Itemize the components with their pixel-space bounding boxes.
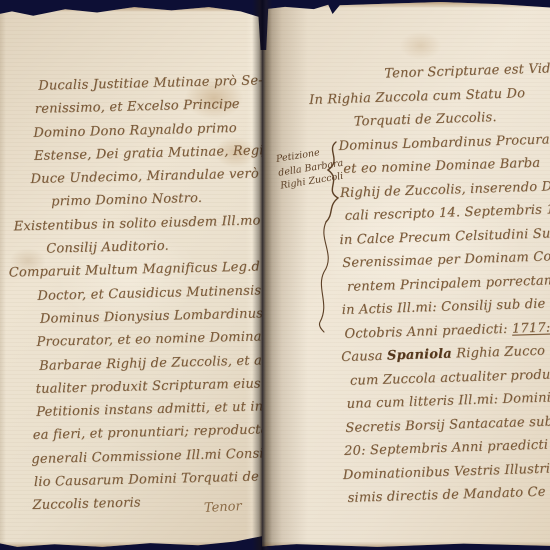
margin-brace-icon — [312, 136, 346, 336]
left-page: Ducalis Justitiae Mutinae prò Se- reniss… — [0, 6, 262, 548]
right-page: Tenor Scripturae est Vid. In Righia Zucc… — [262, 2, 550, 548]
emphasized-word: Spaniola — [387, 347, 452, 364]
line-text: Righia Zucco — [452, 344, 546, 362]
right-page-text: Tenor Scripturae est Vid. In Righia Zucc… — [338, 57, 550, 510]
catchword: Tenor — [204, 499, 243, 516]
line-text: Causa — [341, 349, 387, 365]
left-page-text: Ducalis Justitiae Mutinae prò Se- reniss… — [28, 69, 262, 517]
underlined-year: 1717: — [512, 320, 550, 336]
line-text: Octobris Anni praedicti: — [344, 321, 512, 341]
manuscript-photo: Ducalis Justitiae Mutinae prò Se- reniss… — [0, 0, 550, 550]
